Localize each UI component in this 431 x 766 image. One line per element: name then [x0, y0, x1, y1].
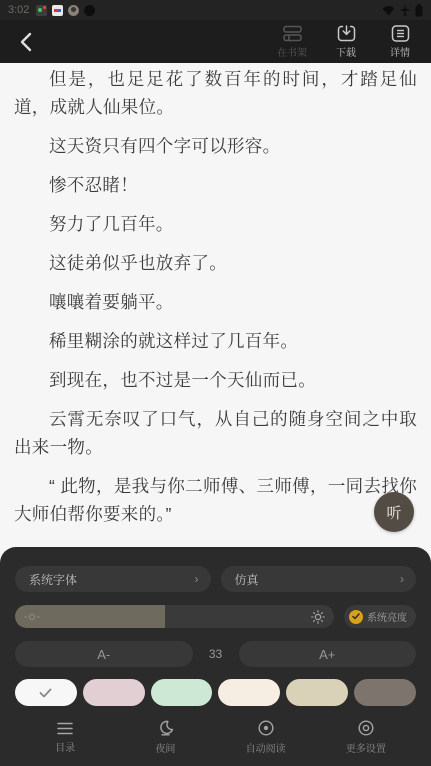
theme-swatch-khaki[interactable] [286, 679, 348, 706]
status-bar: 3:02 [0, 0, 431, 20]
nav-label-night-mode: 夜间 [155, 740, 175, 755]
back-chevron-icon [20, 32, 32, 52]
system-brightness-label: 系统亮度 [367, 609, 407, 624]
details-icon [391, 25, 410, 42]
airplane-mode-icon [399, 4, 411, 16]
font-size-value: 33 [193, 647, 239, 661]
brightness-low-icon [24, 612, 40, 622]
nav-item-auto-read[interactable]: 自动阅读 [216, 715, 316, 766]
theme-swatch-taupe[interactable] [354, 679, 416, 706]
nav-label-more-settings: 更多设置 [346, 740, 386, 755]
chevron-right-icon: › [400, 572, 404, 586]
bookshelf-icon [283, 25, 302, 42]
theme-swatch-white[interactable] [15, 679, 77, 706]
download-button[interactable]: 下载 [327, 25, 365, 59]
reader-bottom-nav: 目录 夜间 自动阅读 更多设置 [15, 715, 416, 766]
brightness-slider[interactable] [15, 605, 334, 628]
nav-label-auto-read: 自动阅读 [246, 740, 286, 755]
page-turn-mode-select[interactable]: 仿真 › [221, 566, 417, 592]
paragraph: 这徒弟似乎也放弃了。 [14, 249, 417, 277]
more-settings-gear-icon [358, 720, 374, 736]
chevron-right-icon: › [195, 572, 199, 586]
font-size-increase-button[interactable]: A+ [239, 641, 417, 667]
nav-item-more-settings[interactable]: 更多设置 [316, 715, 416, 766]
paragraph: 这天资只有四个字可以形容。 [14, 132, 417, 160]
font-size-decrease-button[interactable]: A- [15, 641, 193, 667]
brightness-high-icon [311, 610, 325, 624]
notification-avatar-icon [68, 5, 79, 16]
on-bookshelf-label: 在书架 [277, 44, 307, 59]
nav-item-catalog[interactable]: 目录 [15, 715, 115, 766]
reading-settings-panel: 系统字体 › 仿真 › [0, 547, 431, 766]
paragraph: 到现在，也不过是一个天仙而已。 [14, 366, 417, 394]
nav-label-catalog: 目录 [55, 739, 75, 754]
auto-read-icon [258, 720, 274, 736]
download-label: 下载 [336, 44, 356, 59]
paragraph: 惨不忍睹！ [14, 171, 417, 199]
paragraph: 稀里糊涂的就这样过了几百年。 [14, 327, 417, 355]
theme-swatch-pink[interactable] [83, 679, 145, 706]
paragraph: 云霄无奈叹了口气，从自己的随身空间之中取出来一物。 [14, 405, 417, 461]
page-turn-mode-value: 仿真 [235, 571, 259, 588]
font-family-select[interactable]: 系统字体 › [15, 566, 211, 592]
on-bookshelf-button[interactable]: 在书架 [273, 25, 311, 59]
paragraph: 但是，也足足花了数百年的时间，才踏足仙道，成就人仙果位。 [14, 65, 417, 121]
paragraph: “ 此物，是我与你二师傅、三师傅，一同去找你大师伯帮你要来的。” [14, 472, 417, 528]
moon-icon [157, 720, 174, 736]
battery-icon [415, 4, 423, 17]
reader-header: 在书架 下载 详情 [0, 20, 431, 63]
reader-page[interactable]: 但是，也足足花了数百年的时间，才踏足仙道，成就人仙果位。 这天资只有四个字可以形… [0, 63, 431, 547]
details-button[interactable]: 详情 [381, 25, 419, 59]
wifi-icon [382, 5, 395, 16]
notification-chart-icon [52, 5, 63, 16]
clock: 3:02 [8, 4, 29, 16]
check-icon [39, 688, 52, 698]
paragraph: 嚷嚷着要躺平。 [14, 288, 417, 316]
notification-app-icon [36, 5, 47, 16]
theme-swatch-mint[interactable] [151, 679, 213, 706]
back-button[interactable] [12, 28, 40, 56]
theme-swatch-cream[interactable] [218, 679, 280, 706]
system-brightness-toggle[interactable]: 系统亮度 [344, 605, 416, 628]
details-label: 详情 [390, 44, 410, 59]
nav-item-night-mode[interactable]: 夜间 [115, 715, 215, 766]
paragraph: 努力了几百年。 [14, 210, 417, 238]
notification-dot-icon [84, 5, 95, 16]
catalog-menu-icon [57, 722, 73, 735]
check-badge-icon [349, 610, 363, 624]
font-family-value: 系统字体 [29, 571, 77, 588]
listen-tts-button[interactable]: 听 [374, 492, 414, 532]
download-icon [337, 25, 356, 42]
